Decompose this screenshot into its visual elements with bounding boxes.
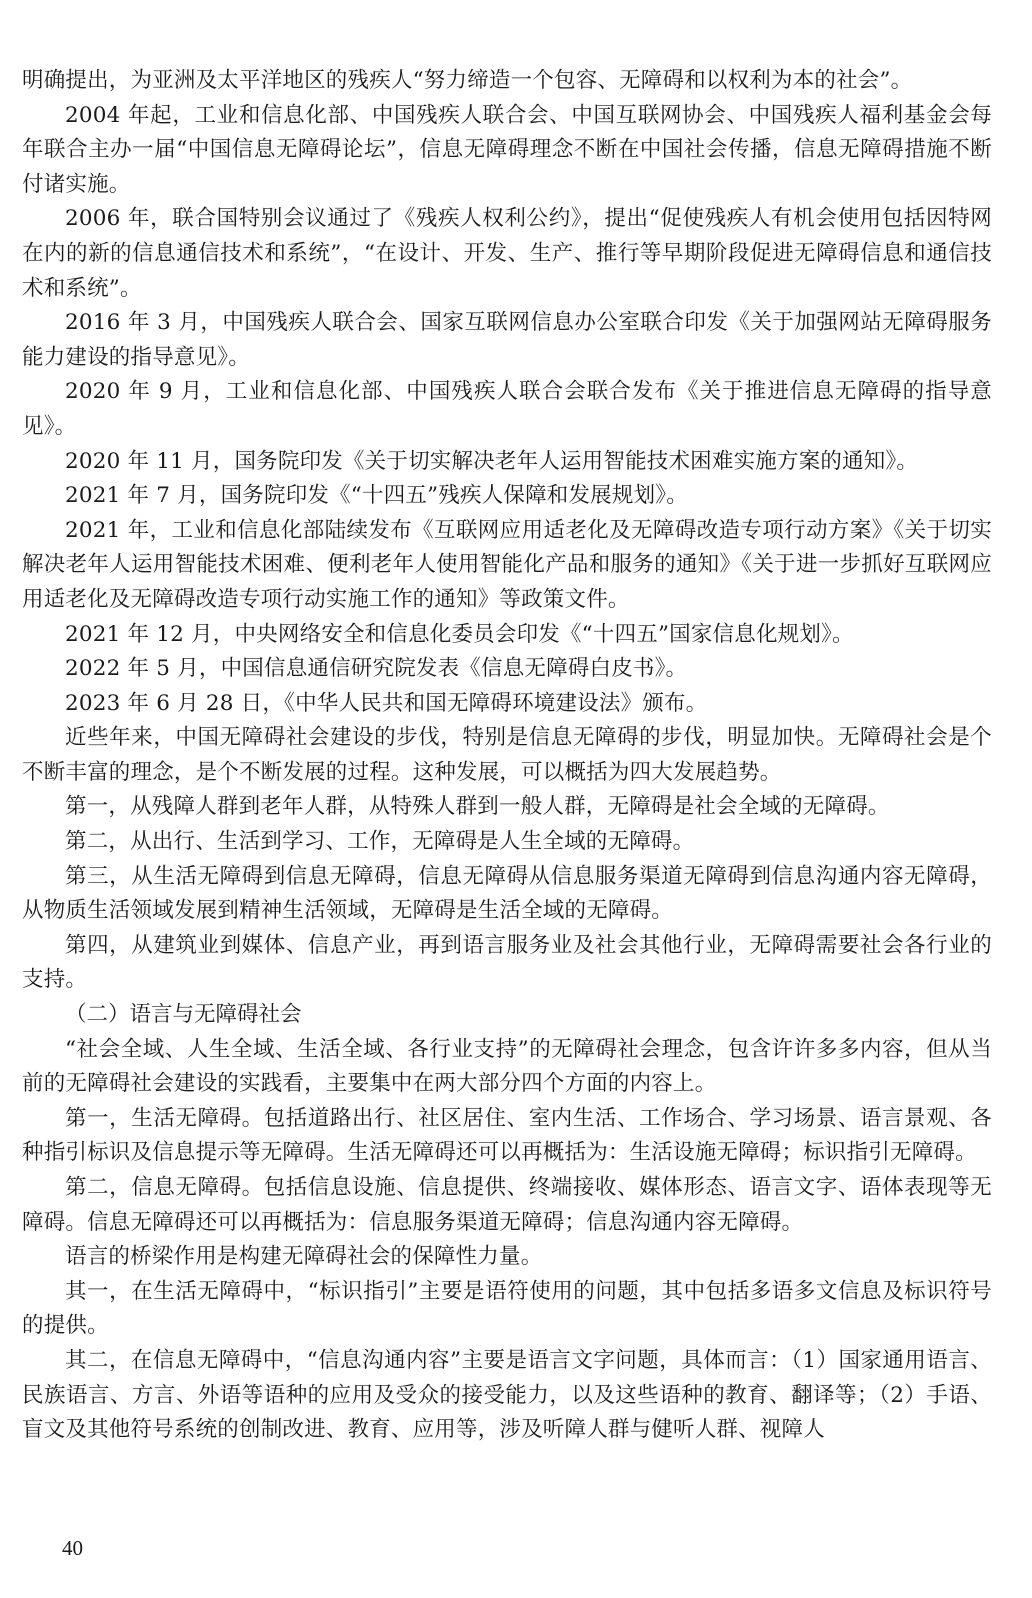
paragraph-trend-4: 第四，从建筑业到媒体、信息产业，再到语言服务业及社会其他行业，无障碍需要社会各行…	[22, 929, 992, 998]
paragraph-trend-2: 第二，从出行、生活到学习、工作，无障碍是人生全域的无障碍。	[22, 825, 992, 860]
paragraph-2021-jul: 2021 年 7 月，国务院印发《“十四五”残疾人保障和发展规划》。	[22, 479, 992, 514]
paragraph-2016-guidance: 2016 年 3 月，中国残疾人联合会、国家互联网信息办公室联合印发《关于加强网…	[22, 306, 992, 375]
paragraph-continuation: 明确提出，为亚洲及太平洋地区的残疾人“努力缔造一个包容、无障碍和以权利为本的社会…	[22, 64, 992, 99]
paragraph-concept: “社会全域、人生全域、生活全域、各行业支持”的无障碍社会理念，包含许许多多内容，…	[22, 1033, 992, 1102]
section-heading: （二）语言与无障碍社会	[22, 998, 992, 1033]
paragraph-point-1: 其一，在生活无障碍中，“标识指引”主要是语符使用的问题，其中包括多语多文信息及标…	[22, 1275, 992, 1344]
book-page: 明确提出，为亚洲及太平洋地区的残疾人“努力缔造一个包容、无障碍和以权利为本的社会…	[22, 64, 992, 1448]
paragraph-2020-sep: 2020 年 9 月，工业和信息化部、中国残疾人联合会联合发布《关于推进信息无障…	[22, 375, 992, 444]
paragraph-2021-miit: 2021 年，工业和信息化部陆续发布《互联网应用适老化及无障碍改造专项行动方案》…	[22, 514, 992, 618]
paragraph-2022-may: 2022 年 5 月，中国信息通信研究院发表《信息无障碍白皮书》。	[22, 652, 992, 687]
paragraph-language-bridge: 语言的桥梁作用是构建无障碍社会的保障性力量。	[22, 1240, 992, 1275]
paragraph-trends-intro: 近些年来，中国无障碍社会建设的步伐，特别是信息无障碍的步伐，明显加快。无障碍社会…	[22, 721, 992, 790]
paragraph-2020-nov: 2020 年 11 月，国务院印发《关于切实解决老年人运用智能技术困难实施方案的…	[22, 445, 992, 480]
paragraph-2023-law: 2023 年 6 月 28 日，《中华人民共和国无障碍环境建设法》颁布。	[22, 687, 992, 722]
paragraph-life-accessibility: 第一，生活无障碍。包括道路出行、社区居住、室内生活、工作场合、学习场景、语言景观…	[22, 1102, 992, 1171]
page-number: 40	[62, 1536, 83, 1561]
paragraph-2004-forum: 2004 年起，工业和信息化部、中国残疾人联合会、中国互联网协会、中国残疾人福利…	[22, 99, 992, 203]
paragraph-info-accessibility: 第二，信息无障碍。包括信息设施、信息提供、终端接收、媒体形态、语言文字、语体表现…	[22, 1171, 992, 1240]
paragraph-2006-un-convention: 2006 年，联合国特别会议通过了《残疾人权利公约》，提出“促使残疾人有机会使用…	[22, 202, 992, 306]
paragraph-point-2: 其二，在信息无障碍中，“信息沟通内容”主要是语言文字问题，具体而言：（1）国家通…	[22, 1344, 992, 1448]
paragraph-2021-dec: 2021 年 12 月，中央网络安全和信息化委员会印发《“十四五”国家信息化规划…	[22, 618, 992, 653]
paragraph-trend-1: 第一，从残障人群到老年人群，从特殊人群到一般人群，无障碍是社会全域的无障碍。	[22, 790, 992, 825]
paragraph-trend-3: 第三，从生活无障碍到信息无障碍，信息无障碍从信息服务渠道无障碍到信息沟通内容无障…	[22, 860, 992, 929]
